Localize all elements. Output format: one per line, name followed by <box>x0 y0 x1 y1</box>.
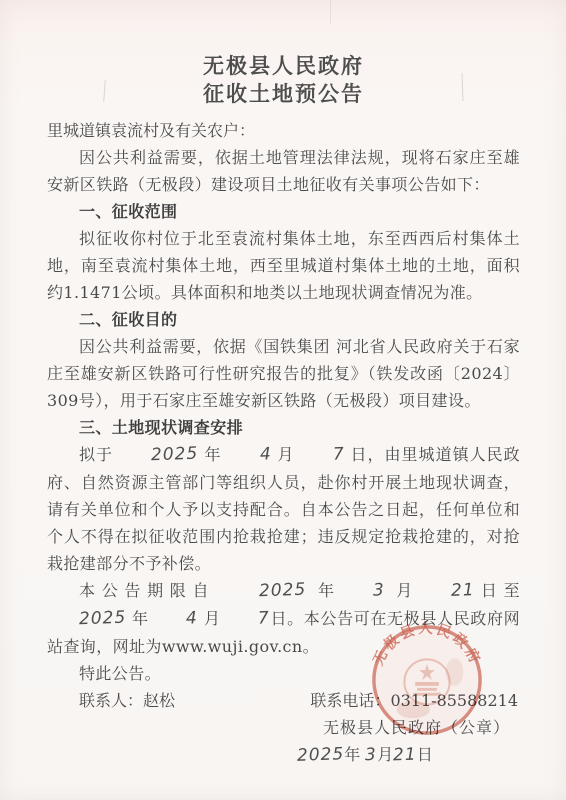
handwritten-end-day: 7 <box>226 605 271 634</box>
text-segment: 月 <box>377 745 393 764</box>
text-segment: 年 <box>126 609 154 628</box>
handwritten-end-year: 2025 <box>47 605 127 635</box>
page-title: 无极县人民政府 征收土地预公告 <box>47 52 520 108</box>
contact-phone-number: 0311-85588214 <box>390 691 518 710</box>
handwritten-sign-day: 21 <box>393 742 418 770</box>
section1-heading: 一、征收范围 <box>47 198 520 225</box>
text-segment: 月 <box>271 445 300 464</box>
handwritten-sign-year: 2025 <box>297 741 345 770</box>
section2-paragraph: 因公共利益需要，依据《国铁集团 河北省人民政府关于石家庄至雄安新区铁路可行性研究… <box>47 333 520 414</box>
title-line1: 无极县人民政府 <box>47 52 520 80</box>
handwritten-sign-month: 3 <box>365 742 378 769</box>
contact-phone: 联系电话：0311-85588214 <box>310 687 520 714</box>
handwritten-start-month: 3 <box>340 577 385 606</box>
handwritten-day: 7 <box>300 441 345 470</box>
title-line2: 征收土地预公告 <box>47 80 520 108</box>
signature-org: 无极县人民政府（公章） <box>47 714 520 741</box>
text-segment: 年 <box>344 745 365 764</box>
text-segment: 年 <box>198 445 227 464</box>
document-content: 无极县人民政府 征收土地预公告 里城道镇袁流村及有关农户： 因公共利益需要，依据… <box>47 0 520 769</box>
text-segment: 月 <box>385 581 419 600</box>
text-segment: 。 <box>303 637 319 656</box>
text-segment: 日，由里城道镇人民政府、自然资源主管部门等组织人员，赴你村开展土地现状调查，请有… <box>47 445 520 573</box>
contact-person: 联系人：赵松 <box>47 687 175 714</box>
text-segment: 日 <box>417 745 433 764</box>
text-segment: 拟于 <box>79 445 119 464</box>
announcement-page: 无极县人民政府 征收土地预公告 里城道镇袁流村及有关农户： 因公共利益需要，依据… <box>0 0 566 800</box>
contact-person-name: 赵松 <box>143 691 175 710</box>
section1-paragraph: 拟征收你村位于北至袁流村集体土地，东至西西后村集体土地，南至袁流村集体土地，西至… <box>47 225 520 306</box>
contact-person-label: 联系人： <box>79 691 143 710</box>
text-segment: 日至 <box>475 581 520 600</box>
intro-paragraph: 因公共利益需要，依据土地管理法律法规，现将石家庄至雄安新区铁路（无极段）建设项目… <box>47 144 520 198</box>
signature-date: 2025年 3月21日 <box>47 741 520 769</box>
section3-paragraph: 拟于 2025 年 4 月 7 日，由里城道镇人民政府、自然资源主管部门等组织人… <box>47 441 520 577</box>
closing-line: 特此公告。 <box>47 660 520 687</box>
text-segment: 年 <box>306 581 340 600</box>
handwritten-end-month: 4 <box>154 605 199 634</box>
handwritten-month: 4 <box>227 441 272 470</box>
text-segment: 本公告期限自 <box>79 581 227 600</box>
handwritten-start-year: 2025 <box>226 577 306 607</box>
handwritten-year: 2025 <box>119 441 199 471</box>
section3-heading: 三、土地现状调查安排 <box>47 414 520 441</box>
text-segment: 月 <box>198 609 226 628</box>
period-paragraph: 本公告期限自 2025 年3 月21日至 2025 年 4 月 7日。本公告可在… <box>47 577 520 660</box>
website-url: www.wuji.gov.cn <box>162 637 303 656</box>
contact-phone-label: 联系电话： <box>310 691 390 710</box>
handwritten-start-day: 21 <box>419 577 476 606</box>
salutation: 里城道镇袁流村及有关农户： <box>47 117 520 144</box>
contact-row: 联系人：赵松 联系电话：0311-85588214 <box>47 687 520 714</box>
section2-heading: 二、征收目的 <box>47 306 520 333</box>
